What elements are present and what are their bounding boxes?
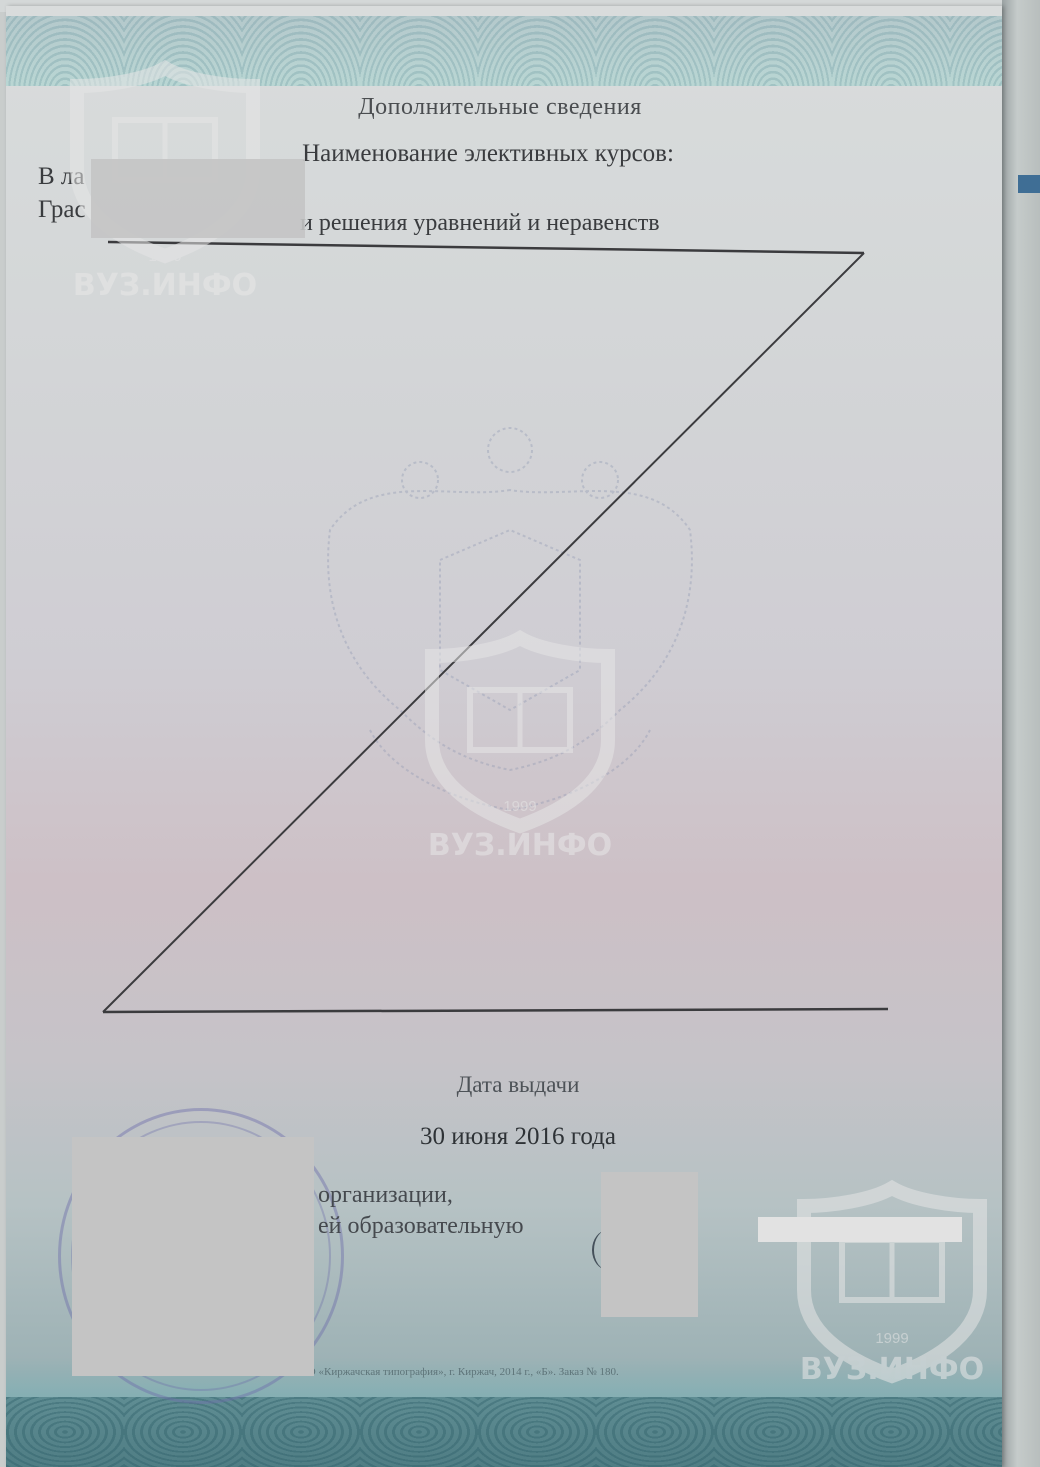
issue-date-label: Дата выдачи xyxy=(0,1072,1036,1098)
org-text-fragment-1: организации, xyxy=(318,1182,453,1209)
watermark-bottom-right: 1999 ВУЗ.ИНФО xyxy=(782,1150,1002,1410)
org-text-fragment-2: ей образовательную xyxy=(318,1213,524,1240)
signer-name-redaction xyxy=(758,1217,962,1242)
signature-redaction xyxy=(601,1172,698,1317)
shield-book-laurel-icon xyxy=(410,600,630,860)
name-redaction xyxy=(91,159,305,238)
stamp-redaction xyxy=(72,1137,314,1376)
printer-note: ОАО «Киржачская типография», г. Киржач, … xyxy=(293,1366,619,1378)
watermark-center: 1999 ВУЗ.ИНФО xyxy=(410,600,630,860)
